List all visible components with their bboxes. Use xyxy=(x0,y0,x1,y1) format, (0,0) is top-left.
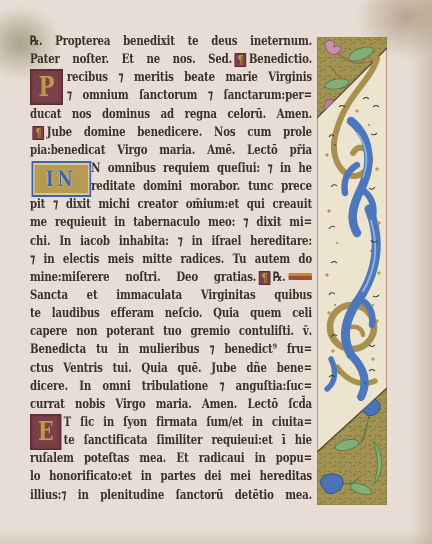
text-line: dicere. In omni tribulatione ⁊ anguſtia:… xyxy=(30,378,312,396)
text-line: capere non poterant tuo gremio contuliſt… xyxy=(30,323,312,341)
text-run: Pater noſter. Et ne nos. Sed. xyxy=(30,52,232,67)
text-line: pia:benedicat Virgo maria. Amē. Lectō pr… xyxy=(30,142,312,160)
drop-cap-initial-e: E xyxy=(30,414,61,450)
paraph-mark: ¶ xyxy=(234,53,246,67)
paraph-mark: ¶ xyxy=(32,126,44,140)
text-run: mine:miſerere noſtri. Deo gratias. xyxy=(30,270,256,285)
text-line: ℞. Propterea benedixit te deus ineternum… xyxy=(30,33,312,51)
text-line: recibus ⁊ meritis beate marie Virginis xyxy=(30,69,312,87)
text-run: pia:benedicat Virgo maria. Amē. Lectō pr… xyxy=(30,143,312,158)
text-run: me requieuit in tabernaculo meo: ⁊ dixit… xyxy=(30,215,312,230)
text-run: ruſalem poteſtas mea. Et radicaui in pop… xyxy=(30,451,312,466)
text-line: mine:miſerere noſtri. Deo gratias.¶℞. xyxy=(30,269,312,287)
text-run: lo honorificato:et in partes dei mei her… xyxy=(30,469,312,484)
text-line: ⁊ omnium ſanctorum ⁊ ſanctarum:per= xyxy=(30,87,312,105)
text-run: dicere. In omni tribulatione ⁊ anguſtia:… xyxy=(30,379,312,394)
text-run: Benedicta tu in mulieribus ⁊ benedict⁹ f… xyxy=(30,342,312,357)
text-line: me requieuit in tabernaculo meo: ⁊ dixit… xyxy=(30,214,312,232)
text-run: reditate domini morabor. tunc prece xyxy=(91,179,312,194)
illuminated-border xyxy=(317,37,387,505)
page-bottom-shadow xyxy=(0,530,432,544)
text-line: lo honorificato:et in partes dei mei her… xyxy=(30,468,312,486)
text-run: ctus Ventris tui. Quia quē. Jube dñe ben… xyxy=(30,361,312,376)
text-run: Jube domine benedicere. Nos cum prole xyxy=(47,125,312,140)
text-run: capere non poterant tuo gremio contuliſt… xyxy=(30,324,312,339)
text-run: te laudibus efferam neſcio. Quia quem ce… xyxy=(30,306,312,321)
text-line: T ſic in ſyon firmata ſum/et in ciuita= xyxy=(30,414,312,432)
text-line: ¶Jube domine benedicere. Nos cum prole xyxy=(30,124,312,142)
drop-cap-letter: P xyxy=(39,72,55,103)
text-run: ℞. Propterea benedixit te deus ineternum… xyxy=(30,34,312,49)
text-line: chi. In iacob inhabita: ⁊ in iſrael here… xyxy=(30,233,312,251)
text-line: pit ⁊ dixit michi creator om̄ium:et qui … xyxy=(30,196,312,214)
text-line: currat nobis Virgo maria. Amen. Lectō ſc… xyxy=(30,396,312,414)
text-run: recibus ⁊ meritis beate marie Virginis xyxy=(67,70,312,85)
text-line: ⁊ in electis meis mitte radices. Tu aute… xyxy=(30,251,312,269)
text-run: T ſic in ſyon firmata ſum/et in ciuita= xyxy=(64,415,312,430)
text-run: te ſanctificata ſimiliter requieui:et ī … xyxy=(64,433,312,448)
text-run: Sancta et immaculata Virginitas quibus xyxy=(30,288,312,303)
text-run: pit ⁊ dixit michi creator om̄ium:et qui … xyxy=(30,197,312,212)
text-line: te ſanctificata ſimiliter requieui:et ī … xyxy=(30,432,312,450)
drop-cap-letter: E xyxy=(38,417,53,447)
paraph-mark: ¶ xyxy=(259,271,271,285)
text-block: P IN E ℞. Propterea benedixit te deus in… xyxy=(30,33,312,505)
text-line: ctus Ventris tui. Quia quē. Jube dñe ben… xyxy=(30,360,312,378)
text-run: currat nobis Virgo maria. Amen. Lectō ſc… xyxy=(30,397,312,412)
text-line: ruſalem poteſtas mea. Et radicaui in pop… xyxy=(30,450,312,468)
text-run: N omnibus requiem queſiui: ⁊ in he xyxy=(91,161,312,176)
text-run: ducat nos dominus ad regna celorū. Amen. xyxy=(30,107,312,122)
drop-cap-letter: IN xyxy=(46,166,77,191)
text-line: illius:⁊ in plenitudine ſanctorū detētio… xyxy=(30,487,312,505)
text-run: chi. In iacob inhabita: ⁊ in iſrael here… xyxy=(30,234,312,249)
page-background: P IN E ℞. Propterea benedixit te deus in… xyxy=(0,0,432,544)
text-run: Benedictio. xyxy=(249,52,312,67)
woodcut-initial-in: IN xyxy=(32,161,92,197)
text-line: Benedicta tu in mulieribus ⁊ benedict⁹ f… xyxy=(30,341,312,359)
text-run: ⁊ omnium ſanctorum ⁊ ſanctarum:per= xyxy=(67,88,312,103)
text-line: ducat nos dominus ad regna celorū. Amen. xyxy=(30,106,312,124)
text-run: ⁊ in electis meis mitte radices. Tu aute… xyxy=(30,252,312,267)
rubric-line-filler xyxy=(288,273,311,280)
drop-cap-initial-p: P xyxy=(30,69,63,105)
page-edge-shadow xyxy=(410,0,432,544)
text-line: Pater noſter. Et ne nos. Sed.¶Benedictio… xyxy=(30,51,312,69)
text-line: Sancta et immaculata Virginitas quibus xyxy=(30,287,312,305)
manuscript-page: { "document": { "kind": "Book of Hours p… xyxy=(0,0,432,544)
text-run: ℞. xyxy=(273,270,285,285)
illuminated-border-art xyxy=(317,37,387,505)
text-run: illius:⁊ in plenitudine ſanctorū detētio… xyxy=(30,488,312,503)
text-line: te laudibus efferam neſcio. Quia quem ce… xyxy=(30,305,312,323)
